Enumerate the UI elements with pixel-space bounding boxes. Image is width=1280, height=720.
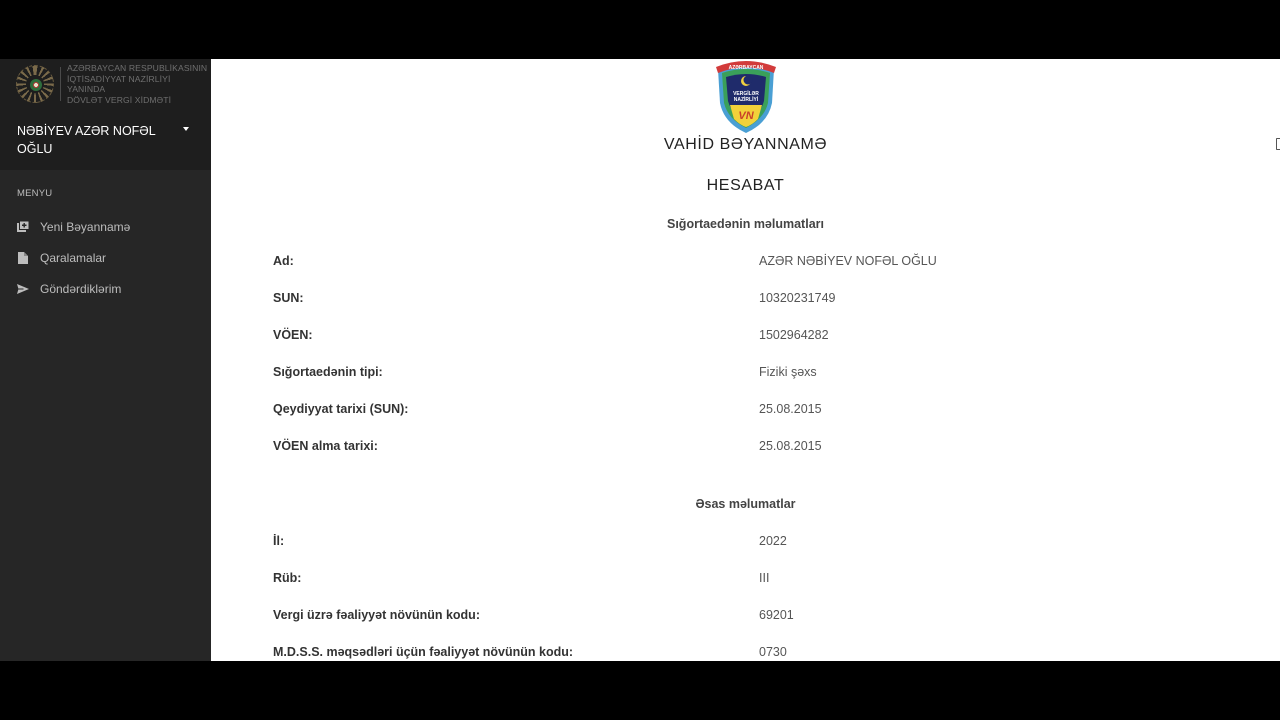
table-row: İl:2022: [273, 534, 1173, 554]
table-row: Sığortaedənin tipi:Fiziki şəxs: [273, 365, 1173, 385]
field-value: 2022: [759, 534, 787, 548]
field-label: Ad:: [273, 254, 294, 268]
sidebar: AZƏRBAYCAN RESPUBLİKASININ İQTİSADİYYAT …: [0, 59, 211, 661]
section-title-insured-info: Sığortaedənin məlumatları: [211, 217, 1280, 231]
sidebar-item-label: Yeni Bəyannamə: [40, 220, 130, 234]
field-label: SUN:: [273, 291, 304, 305]
report-content: AZƏRBAYCAN VERGİLƏR NAZİRLİYİ VN VAHİD B…: [211, 59, 1280, 661]
table-row: Ad:AZƏR NƏBİYEV NOFƏL OĞLU: [273, 254, 1173, 274]
document-subtitle: HESABAT: [211, 177, 1280, 195]
mouse-cursor-icon: [1276, 138, 1280, 150]
add-document-icon: [17, 221, 29, 233]
brand-line-1: AZƏRBAYCAN RESPUBLİKASININ: [67, 63, 211, 74]
table-row: SUN:10320231749: [273, 291, 1173, 311]
table-row: VÖEN:1502964282: [273, 328, 1173, 348]
user-menu[interactable]: NƏBİYEV AZƏR NOFƏL OĞLU: [0, 103, 211, 158]
table-row: VÖEN alma tarixi:25.08.2015: [273, 439, 1173, 459]
menu-heading: MENYU: [0, 170, 211, 199]
sidebar-item-drafts[interactable]: Qaralamalar: [0, 242, 211, 273]
field-value: 69201: [759, 608, 794, 622]
sidebar-item-label: Qaralamalar: [40, 251, 106, 265]
field-label: VÖEN:: [273, 328, 313, 342]
logo-text-line-1: VERGİLƏR: [733, 90, 759, 97]
brand-divider: [60, 67, 61, 101]
field-value: 25.08.2015: [759, 402, 822, 416]
logo-monogram: VN: [738, 110, 754, 122]
app-window: AZƏRBAYCAN RESPUBLİKASININ İQTİSADİYYAT …: [0, 59, 1280, 661]
file-icon: [17, 252, 29, 264]
logo-text-line-2: NAZİRLİYİ: [734, 96, 759, 103]
field-value: 0730: [759, 645, 787, 659]
brand[interactable]: AZƏRBAYCAN RESPUBLİKASININ İQTİSADİYYAT …: [0, 65, 211, 103]
send-icon: [17, 283, 29, 295]
caret-down-icon[interactable]: [183, 127, 189, 131]
field-label: Sığortaedənin tipi:: [273, 365, 383, 379]
state-tax-service-emblem-icon: [16, 65, 54, 103]
document-title: VAHİD BƏYANNAMƏ: [211, 136, 1280, 154]
table-row: M.D.S.S. məqsədləri üçün fəaliyyət növün…: [273, 645, 1173, 661]
sidebar-menu: Yeni Bəyannamə Qaralamalar Göndərdikləri…: [0, 211, 211, 304]
field-label: Rüb:: [273, 571, 301, 585]
field-label: VÖEN alma tarixi:: [273, 439, 378, 453]
brand-text: AZƏRBAYCAN RESPUBLİKASININ İQTİSADİYYAT …: [67, 63, 211, 105]
ministry-of-taxes-logo-icon: AZƏRBAYCAN VERGİLƏR NAZİRLİYİ VN: [712, 59, 780, 134]
field-value: 10320231749: [759, 291, 835, 305]
field-label: M.D.S.S. məqsədləri üçün fəaliyyət növün…: [273, 645, 573, 659]
brand-line-2: İQTİSADİYYAT NAZİRLİYİ YANINDA: [67, 74, 211, 95]
field-value: 1502964282: [759, 328, 829, 342]
field-value: III: [759, 571, 769, 585]
section-title-main-info: Əsas məlumatlar: [211, 497, 1280, 511]
field-label: Vergi üzrə fəaliyyət növünün kodu:: [273, 608, 480, 622]
table-row: Qeydiyyat tarixi (SUN):25.08.2015: [273, 402, 1173, 422]
logo-top-text: AZƏRBAYCAN: [729, 65, 764, 71]
sidebar-item-new-declaration[interactable]: Yeni Bəyannamə: [0, 211, 211, 242]
table-row: Vergi üzrə fəaliyyət növünün kodu:69201: [273, 608, 1173, 628]
sidebar-item-sent[interactable]: Göndərdiklərim: [0, 273, 211, 304]
field-value: Fiziki şəxs: [759, 365, 817, 379]
sidebar-item-label: Göndərdiklərim: [40, 282, 121, 296]
table-row: Rüb:III: [273, 571, 1173, 591]
field-label: İl:: [273, 534, 284, 548]
field-value: 25.08.2015: [759, 439, 822, 453]
user-name: NƏBİYEV AZƏR NOFƏL OĞLU: [17, 122, 171, 158]
field-value: AZƏR NƏBİYEV NOFƏL OĞLU: [759, 254, 937, 268]
field-label: Qeydiyyat tarixi (SUN):: [273, 402, 408, 416]
sidebar-header: AZƏRBAYCAN RESPUBLİKASININ İQTİSADİYYAT …: [0, 59, 211, 170]
